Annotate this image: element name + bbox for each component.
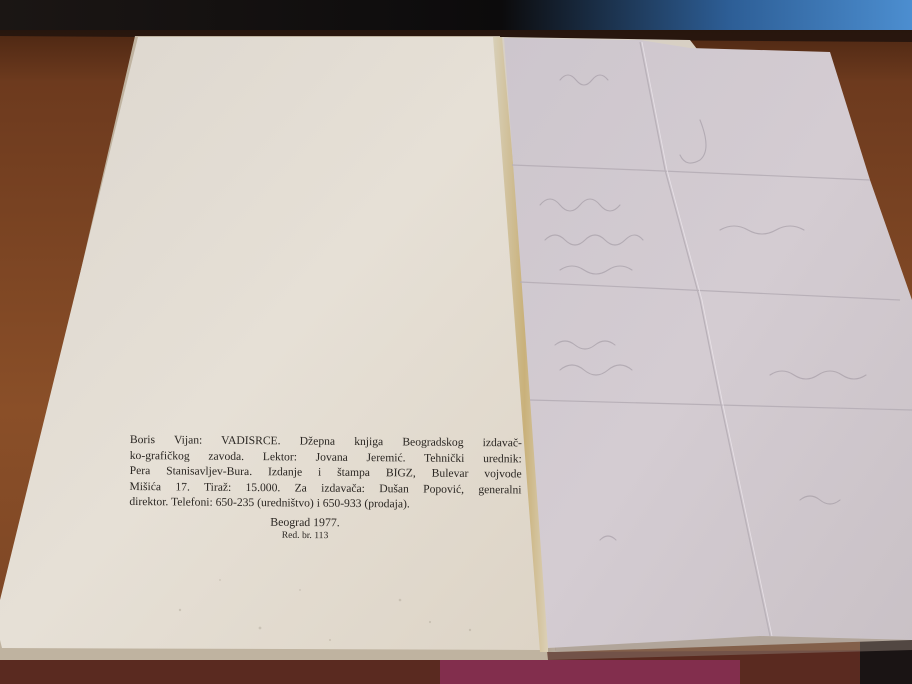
imprint-ref-number: Red. br. 113 <box>250 530 360 542</box>
book-photo <box>0 0 912 684</box>
colophon-text: Boris Vijan: VADISRCE. Džepna knjiga Beo… <box>129 432 522 513</box>
photo-scene: Boris Vijan: VADISRCE. Džepna knjiga Beo… <box>0 0 912 684</box>
imprint-city-year: Beograd 1977. <box>250 515 360 531</box>
